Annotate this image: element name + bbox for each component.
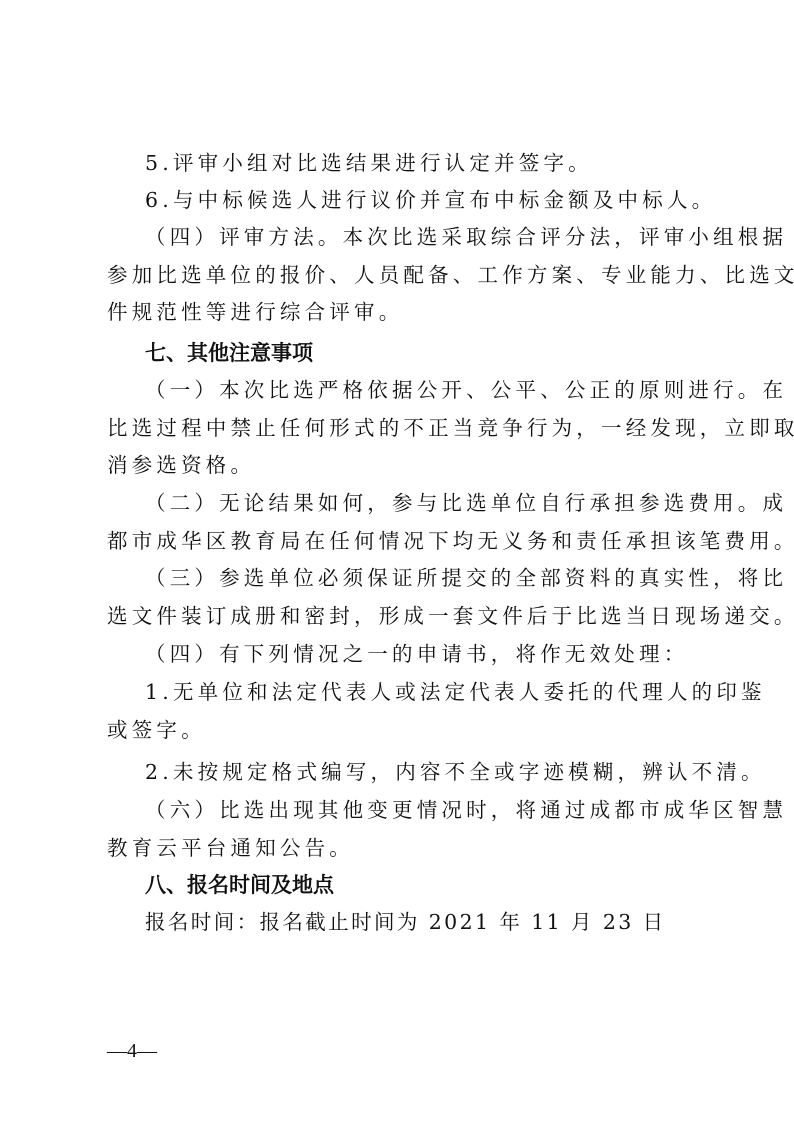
paragraph-notice-6-cont: 教育云平台通知公告。 [107, 836, 697, 860]
paragraph-notice-1-cont: 比选过程中禁止任何形式的不正当竞争行为，一经发现，立即取 [107, 416, 697, 440]
list-item-5: 5.评审小组对比选结果进行认定并签字。 [145, 151, 697, 175]
paragraph-notice-2-cont: 都市成华区教育局在任何情况下均无义务和责任承担该笔费用。 [107, 529, 697, 553]
paragraph-notice-6: （六）比选出现其他变更情况时，将通过成都市成华区智慧 [145, 798, 697, 822]
paragraph-review-method: （四）评审方法。本次比选采取综合评分法，评审小组根据 [145, 225, 697, 249]
paragraph-notice-1: （一）本次比选严格依据公开、公平、公正的原则进行。在 [145, 378, 697, 402]
paragraph-review-method-cont: 参加比选单位的报价、人员配备、工作方案、专业能力、比选文 [107, 263, 697, 287]
list-item-invalid-2: 2.未按规定格式编写，内容不全或字迹模糊，辨认不清。 [145, 760, 697, 784]
paragraph-review-method-end: 件规范性等进行综合评审。 [107, 300, 697, 324]
section-heading-8: 八、报名时间及地点 [145, 873, 697, 897]
list-item-6: 6.与中标候选人进行议价并宣布中标金额及中标人。 [145, 188, 697, 212]
paragraph-notice-4: （四）有下列情况之一的申请书，将作无效处理： [145, 642, 697, 666]
paragraph-notice-1-end: 消参选资格。 [107, 453, 697, 477]
paragraph-notice-3-cont: 选文件装订成册和密封，形成一套文件后于比选当日现场递交。 [107, 604, 697, 628]
paragraph-notice-3: （三）参选单位必须保证所提交的全部资料的真实性，将比 [145, 566, 697, 590]
list-item-invalid-1-cont: 或签字。 [107, 718, 697, 742]
paragraph-notice-2: （二）无论结果如何，参与比选单位自行承担参选费用。成 [145, 491, 697, 515]
page-number: —4— [107, 1040, 157, 1063]
list-item-invalid-1: 1.无单位和法定代表人或法定代表人委托的代理人的印鉴 [145, 680, 697, 704]
registration-deadline: 报名时间：报名截止时间为 2021 年 11 月 23 日 [145, 910, 697, 934]
section-heading-7: 七、其他注意事项 [145, 341, 697, 365]
